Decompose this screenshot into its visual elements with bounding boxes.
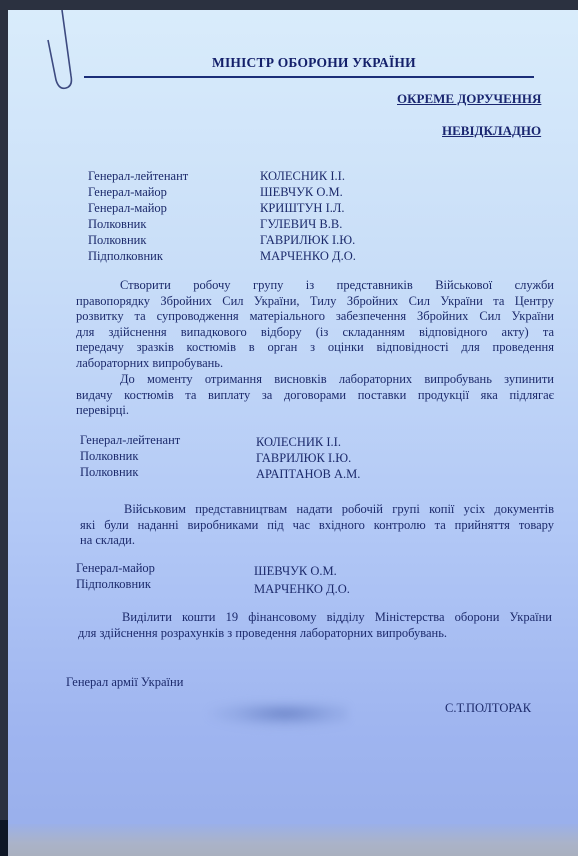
recipient-name: КОЛЕСНИК І.І.	[260, 170, 345, 183]
instruction-paragraph-4: Виділити кошти 19 фінансовому відділу Мі…	[78, 610, 552, 641]
recipient-rank: Генерал-майор	[88, 202, 167, 215]
instruction-paragraph-3: Військовим представництвам надати робочі…	[80, 502, 554, 549]
recipient-name: ШЕВЧУК О.М.	[254, 565, 337, 578]
paragraph-line: Виділити кошти 19 фінансовому відділу Мі…	[78, 610, 552, 626]
recipient-name: МАРЧЕНКО Д.О.	[254, 583, 350, 596]
recipient-rank: Генерал-майор	[76, 562, 155, 575]
blurred-signature	[208, 702, 348, 728]
recipient-rank: Підполковник	[88, 250, 163, 263]
paragraph-line: розвитку та супроводження матеріального …	[76, 309, 554, 325]
background-edge	[0, 820, 8, 856]
signatory-name: С.Т.ПОЛТОРАК	[445, 702, 531, 715]
instruction-paragraph-1: Створити робочу групу із представників В…	[76, 278, 554, 372]
paragraph-line: лабораторних випробувань.	[76, 356, 554, 372]
paragraph-line: правопорядку Збройних Сил України, Тилу …	[76, 294, 554, 310]
recipient-rank: Полковник	[88, 234, 146, 247]
recipient-name: МАРЧЕНКО Д.О.	[260, 250, 356, 263]
recipient-name: АРАПТАНОВ А.М.	[256, 468, 360, 481]
recipient-rank: Генерал-лейтенант	[88, 170, 188, 183]
recipient-name: ГАВРИЛЮК І.Ю.	[260, 234, 355, 247]
instruction-paragraph-2: До моменту отримання висновків лаборатор…	[76, 372, 554, 419]
recipient-name: КРИШТУН І.Л.	[260, 202, 344, 215]
paragraph-line: для здійснення розрахунків з проведення …	[78, 626, 552, 642]
recipient-rank: Підполковник	[76, 578, 151, 591]
paragraph-line: передачу зразків костюмів в орган з оцін…	[76, 340, 554, 356]
recipient-rank: Генерал-лейтенант	[80, 434, 180, 447]
paragraph-line: на склади.	[80, 533, 554, 549]
paragraph-line: До моменту отримання висновків лаборатор…	[76, 372, 554, 388]
paperclip-icon	[36, 10, 76, 100]
paragraph-line: перевірці.	[76, 403, 554, 419]
recipient-name: КОЛЕСНИК І.І.	[256, 436, 341, 449]
signatory-rank: Генерал армії України	[66, 676, 183, 689]
document-type: ОКРЕМЕ ДОРУЧЕННЯ	[397, 92, 541, 105]
recipient-rank: Генерал-майор	[88, 186, 167, 199]
recipient-rank: Полковник	[80, 466, 138, 479]
recipient-name: ГАВРИЛЮК І.Ю.	[256, 452, 351, 465]
urgency-label: НЕВІДКЛАДНО	[442, 124, 541, 137]
paragraph-line: Створити робочу групу із представників В…	[76, 278, 554, 294]
paper-shadow	[8, 824, 578, 856]
recipient-rank: Полковник	[88, 218, 146, 231]
paragraph-line: які були наданні виробниками під час вхі…	[80, 518, 554, 534]
document-page: МІНІСТР ОБОРОНИ УКРАЇНИ ОКРЕМЕ ДОРУЧЕННЯ…	[8, 10, 578, 856]
recipient-rank: Полковник	[80, 450, 138, 463]
recipient-name: ГУЛЕВИЧ В.В.	[260, 218, 342, 231]
recipient-name: ШЕВЧУК О.М.	[260, 186, 343, 199]
header-rule	[84, 76, 534, 78]
ministry-title: МІНІСТР ОБОРОНИ УКРАЇНИ	[212, 56, 416, 70]
paragraph-line: для здійснення випадкового відбору (із с…	[76, 325, 554, 341]
paragraph-line: Військовим представництвам надати робочі…	[80, 502, 554, 518]
paragraph-line: видачу костюмів та виплату за договорами…	[76, 388, 554, 404]
